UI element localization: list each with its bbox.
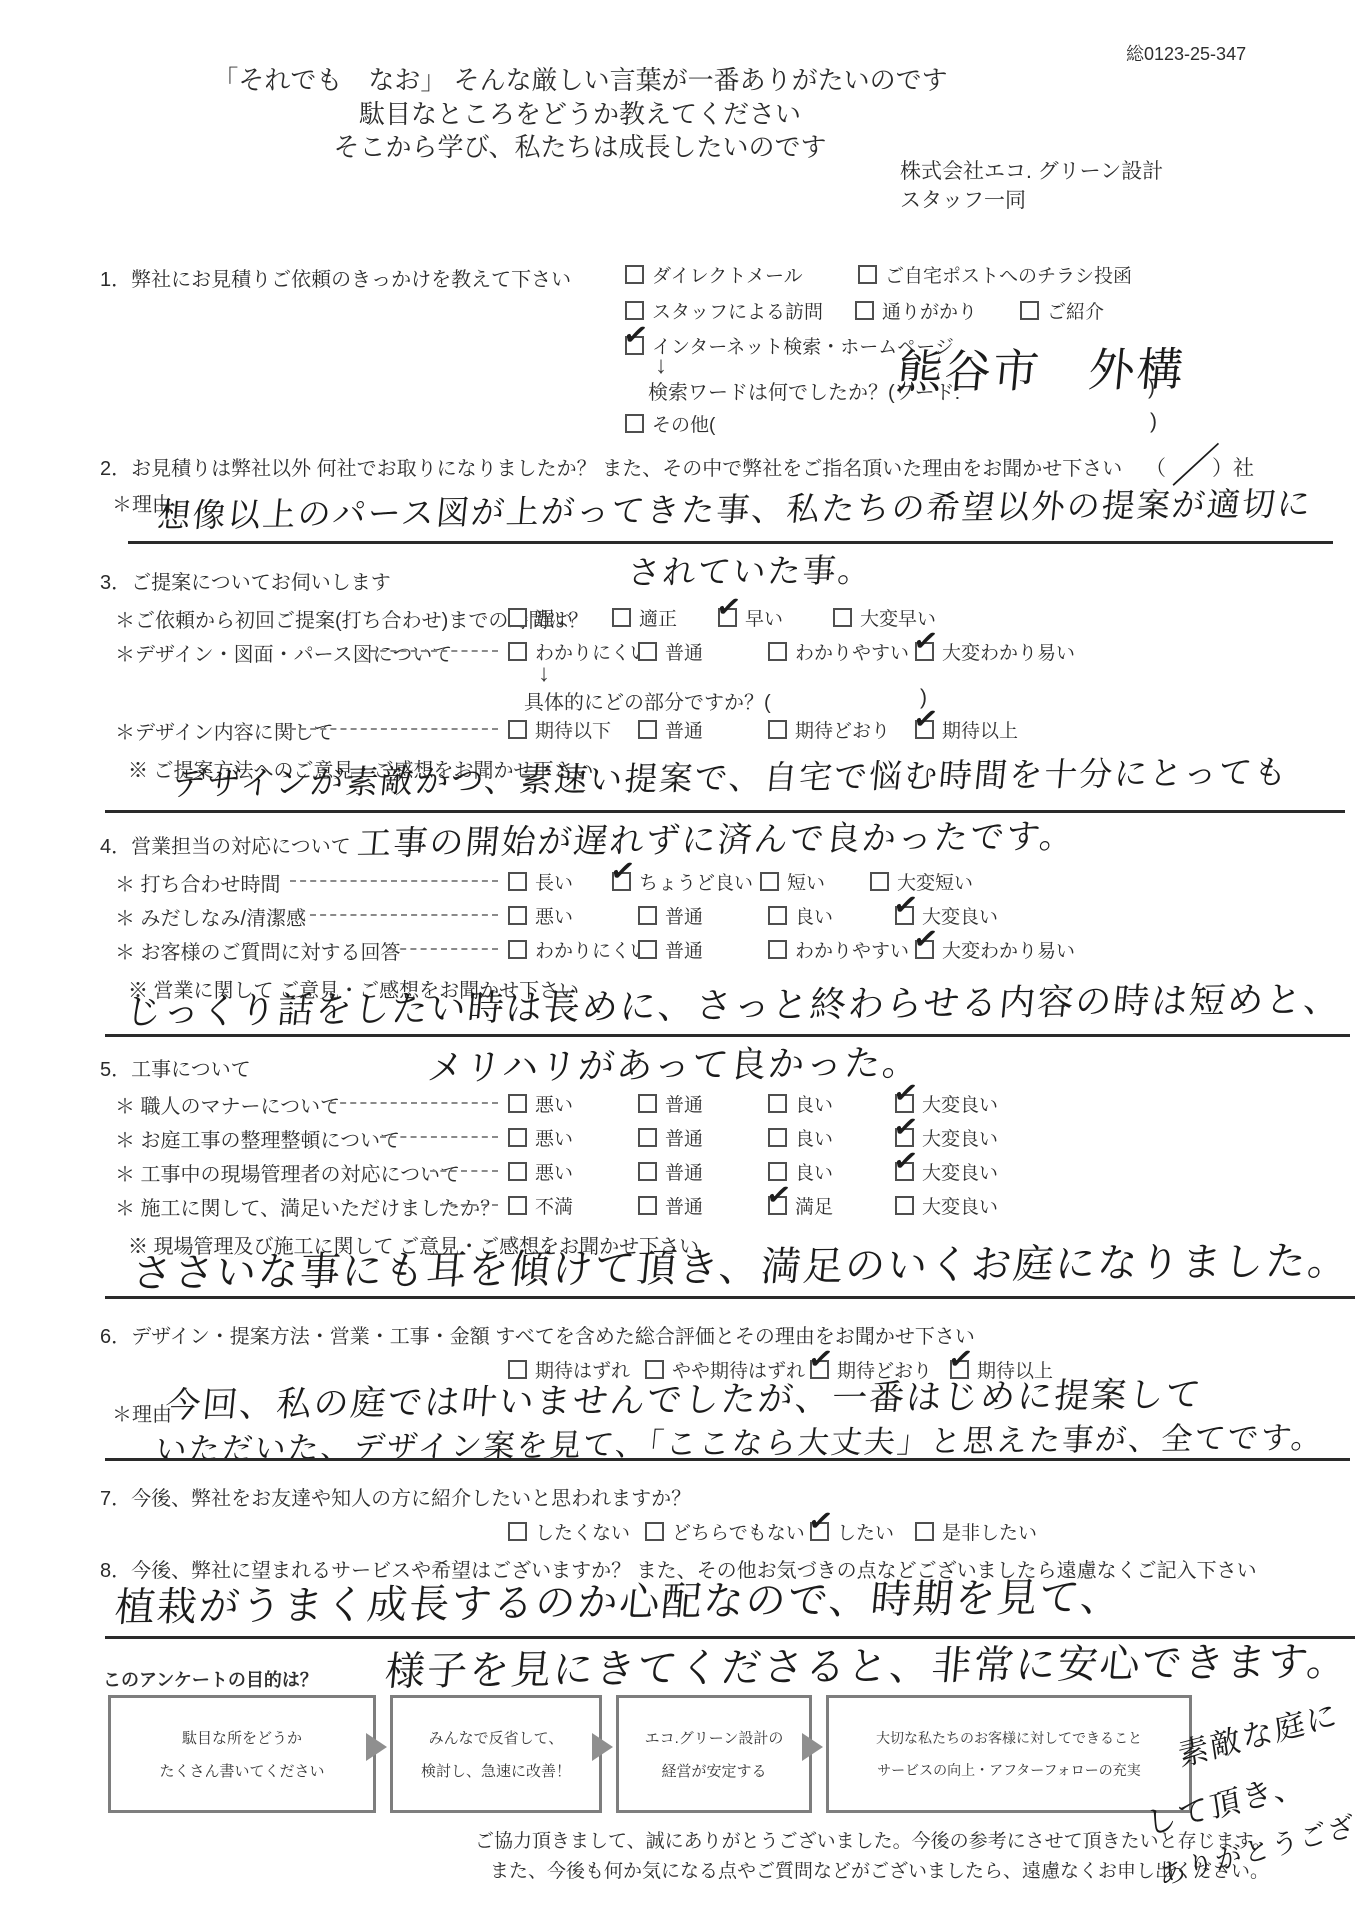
option-label: その他( (652, 410, 715, 437)
q1-options-row1: ダイレクトメール ご自宅ポストへのチラシ投函 (0, 261, 1357, 293)
checkbox-icon[interactable] (895, 1162, 914, 1181)
checkbox-icon[interactable] (508, 1128, 527, 1147)
q3-row-drawings: ＊デザイン・図面・パース図について わかりにくい 普通 わかりやすい 大変わかり… (0, 638, 1357, 670)
option-label: ちょうど良い (639, 868, 753, 895)
checkbox-icon[interactable] (638, 940, 657, 959)
row-label: ＊デザイン内容に関して (115, 716, 334, 745)
option-label: ダイレクトメール (652, 261, 803, 288)
option[interactable]: 大変わかり易い (915, 936, 1075, 963)
option[interactable]: 普通 (638, 1124, 703, 1151)
option-label: 大変良い (922, 1124, 998, 1151)
right-arrow-icon (802, 1733, 823, 1761)
q4-comment-line2: メリハリがあって良かった。 (425, 1035, 923, 1091)
q4-title: 4．営業担当の対応について (100, 830, 351, 859)
option[interactable]: 長い (508, 868, 573, 895)
checkbox-icon[interactable] (638, 1162, 657, 1181)
right-arrow-icon (592, 1733, 613, 1761)
checkbox-icon[interactable] (508, 642, 527, 661)
q4-row-grooming: ＊ みだしなみ/清潔感 悪い 普通 良い 大変良い (0, 902, 1357, 934)
company-name: 株式会社エコ. グリーン設計 (900, 155, 1163, 185)
option[interactable]: 普通 (638, 1192, 703, 1219)
q1-other-close-paren: ) (1150, 410, 1157, 434)
option-label: 良い (795, 1158, 833, 1185)
checkbox-icon[interactable] (915, 642, 934, 661)
checkbox-icon[interactable] (638, 1094, 657, 1113)
option[interactable]: 満足 (768, 1192, 833, 1219)
checkbox-icon[interactable] (508, 1162, 527, 1181)
dotted-leader (390, 948, 498, 950)
option[interactable]: 大変良い (895, 1192, 998, 1219)
checkbox-icon[interactable] (915, 720, 934, 739)
option-label: 普通 (665, 1192, 703, 1219)
checkbox-icon[interactable] (768, 1094, 787, 1113)
option-label: 悪い (535, 902, 573, 929)
q3-detail-label: 具体的にどの部分ですか？( (524, 686, 771, 715)
checkbox-icon[interactable] (810, 1522, 829, 1541)
option[interactable]: 大変短い (870, 868, 973, 895)
q1-search-close-paren: ) (1148, 376, 1155, 400)
option[interactable]: 悪い (508, 902, 573, 929)
q5-row-manner: ＊ 職人のマナーについて 悪い 普通 良い 大変良い (0, 1090, 1357, 1122)
purpose-label: このアンケートの目的は？ (103, 1666, 318, 1692)
option-label: 大変わかり易い (942, 638, 1075, 665)
option-label: 良い (795, 902, 833, 929)
option[interactable]: 大変良い (895, 1158, 998, 1185)
option-label: 良い (795, 1090, 833, 1117)
option-label: 悪い (535, 1158, 573, 1185)
checkbox-icon[interactable] (768, 1128, 787, 1147)
purpose-box-line: エコ.グリーン設計の (645, 1727, 784, 1748)
dotted-leader (310, 914, 498, 916)
option[interactable]: 大変わかり易い (915, 638, 1075, 665)
option[interactable]: 不満 (508, 1192, 573, 1219)
dotted-leader (440, 1204, 498, 1206)
row-label: ＊ 工事中の現場管理者の対応について (115, 1158, 460, 1187)
purpose-box-line: 駄目な所をどうか (182, 1727, 302, 1748)
q3-title: 3．ご提案についてお伺いします (100, 566, 391, 595)
q2-paren-open: （ (1145, 452, 1166, 482)
q5-row-site-manager: ＊ 工事中の現場管理者の対応について 悪い 普通 良い 大変良い (0, 1158, 1357, 1190)
checkbox-icon[interactable] (915, 940, 934, 959)
down-arrow-icon: ↓ (538, 660, 550, 688)
option[interactable]: 普通 (638, 902, 703, 929)
option[interactable]: 悪い (508, 1158, 573, 1185)
option-label: 適正 (639, 604, 677, 631)
option-label: 普通 (665, 716, 703, 743)
option[interactable]: わかりにくい (508, 638, 649, 665)
option-label: 通りがかり (882, 297, 977, 324)
q5-title: 5．工事について (100, 1053, 251, 1082)
checkbox-icon[interactable] (858, 265, 877, 284)
checkbox-icon[interactable] (768, 906, 787, 925)
q2-answer-line1: 想像以上のパース図が上がってきた事、私たちの希望以外の提案が適切に (156, 478, 1315, 537)
option-label: 普通 (665, 1090, 703, 1117)
checkbox-icon[interactable] (612, 872, 631, 891)
q1-search-word-value: 熊谷市 外構 (894, 333, 1189, 402)
checkbox-icon[interactable] (645, 1522, 664, 1541)
right-arrow-icon (366, 1733, 387, 1761)
option[interactable]: 短い (760, 868, 825, 895)
option[interactable]: したい (810, 1518, 894, 1545)
option[interactable]: 普通 (638, 1090, 703, 1117)
checkbox-icon[interactable] (508, 1522, 527, 1541)
option-other[interactable]: その他( (625, 410, 715, 437)
checkbox-icon[interactable] (768, 940, 787, 959)
option-label: 早い (745, 604, 783, 631)
option[interactable]: 是非したい (915, 1518, 1037, 1545)
q3-row-design-content: ＊デザイン内容に関して 期待以下 普通 期待どおり 期待以上 (0, 716, 1357, 748)
purpose-box-1: 駄目な所をどうか たくさん書いてください (108, 1695, 376, 1813)
q5-row-tidiness: ＊ お庭工事の整理整頓について 悪い 普通 良い 大変良い (0, 1124, 1357, 1156)
option[interactable]: 期待どおり (768, 716, 890, 743)
option-label: 良い (795, 1124, 833, 1151)
option[interactable]: わかりやすい (768, 936, 909, 963)
q4-row-question-answers: ＊ お客様のご質問に対する回答 わかりにくい 普通 わかりやすい 大変わかり易い (0, 936, 1357, 968)
checkbox-icon[interactable] (508, 906, 527, 925)
row-label: ＊ みだしなみ/清潔感 (115, 902, 306, 931)
option[interactable]: 期待以下 (508, 716, 611, 743)
option-label: 大変良い (922, 1158, 998, 1185)
option-label: 不満 (535, 1192, 573, 1219)
option-label: わかりやすい (795, 638, 909, 665)
option[interactable]: わかりにくい (508, 936, 649, 963)
checkbox-icon[interactable] (638, 1128, 657, 1147)
answer-underline (128, 541, 1333, 544)
option[interactable]: したくない (508, 1518, 630, 1545)
q2-paren-close: ）社 (1212, 452, 1254, 482)
option-label: 普通 (665, 936, 703, 963)
option[interactable]: 早い (718, 604, 783, 631)
checkbox-icon[interactable] (855, 301, 874, 320)
row-label: ＊デザイン・図面・パース図について (115, 638, 452, 667)
option[interactable]: 良い (768, 1090, 833, 1117)
option[interactable]: 良い (768, 902, 833, 929)
dotted-leader (290, 728, 498, 730)
q5-comment-line1: ささいな事にも耳を傾けて頂き、満足のいくお庭になりました。 (130, 1229, 1353, 1299)
checkbox-icon[interactable] (870, 872, 889, 891)
option[interactable]: 遅い (508, 604, 573, 631)
company-staff: スタッフ一同 (900, 184, 1026, 214)
option-label: どちらでもない (672, 1518, 805, 1545)
option-flyer[interactable]: ご自宅ポストへのチラシ投函 (858, 261, 1132, 288)
row-label: ＊ お客様のご質問に対する回答 (115, 936, 401, 965)
purpose-box-line: 経営が安定する (661, 1760, 766, 1781)
option[interactable]: 大変良い (895, 902, 998, 929)
option[interactable]: わかりやすい (768, 638, 909, 665)
checkbox-icon[interactable] (625, 336, 644, 355)
checkbox-icon[interactable] (768, 1196, 787, 1215)
checkbox-icon[interactable] (1020, 301, 1039, 320)
option[interactable]: 普通 (638, 716, 703, 743)
footer-line2: また、今後も何か気になる点やご質問などがございましたら、遠慮なくお申し出ください… (490, 1856, 1269, 1883)
checkbox-icon[interactable] (508, 1196, 527, 1215)
checkbox-icon[interactable] (768, 642, 787, 661)
q8-answer-line2: 様子を見にきてくださると、非常に安心できます。 (383, 1630, 1352, 1697)
option-label: スタッフによる訪問 (652, 297, 823, 324)
header-line3: そこから学び、私たちは成長したいのです (150, 127, 1010, 164)
q2-title: 2．お見積りは弊社以外 何社でお取りになりましたか？ また、その中で弊社をご指名… (100, 452, 1122, 481)
q1-other-row: その他( ) (0, 410, 1357, 442)
purpose-box-2: みんなで反省して、 検討し、急速に改善！ (390, 1695, 602, 1813)
q1-options-row2: スタッフによる訪問 通りがかり ご紹介 (0, 297, 1357, 329)
q3-comment-line2: 工事の開始が遅れずに済んで良かったです。 (355, 808, 1078, 865)
checkbox-icon[interactable] (718, 608, 737, 627)
option-label: 普通 (665, 902, 703, 929)
row-label: ＊ 打ち合わせ時間 (115, 868, 281, 897)
option-label: 普通 (665, 638, 703, 665)
option-label: 長い (535, 868, 573, 895)
option-label: したくない (535, 1518, 630, 1545)
purpose-box-line: サービスの向上・アフターフォローの充実 (877, 1760, 1141, 1780)
option-label: ご自宅ポストへのチラシ投函 (885, 261, 1132, 288)
purpose-box-line: 検討し、急速に改善！ (421, 1760, 571, 1781)
q5-row-satisfaction: ＊ 施工に関して、満足いただけましたか？ 不満 普通 満足 大変良い (0, 1192, 1357, 1224)
option-label: 是非したい (942, 1518, 1037, 1545)
option-label: 遅い (535, 604, 573, 631)
checkbox-icon[interactable] (638, 720, 657, 739)
checkbox-icon[interactable] (760, 872, 779, 891)
option-referral[interactable]: ご紹介 (1020, 297, 1104, 324)
checkbox-icon[interactable] (508, 940, 527, 959)
q4-row-meeting-time: ＊ 打ち合わせ時間 長い ちょうど良い 短い 大変短い (0, 868, 1357, 900)
checkbox-icon[interactable] (508, 720, 527, 739)
checkbox-icon[interactable] (625, 414, 644, 433)
checkbox-icon[interactable] (895, 1196, 914, 1215)
checkbox-icon[interactable] (833, 608, 852, 627)
option[interactable]: 期待以上 (915, 716, 1018, 743)
q7-options-row: したくない どちらでもない したい 是非したい (0, 1518, 1357, 1550)
q3-row-timing: ＊ご依頼から初回ご提案(打ち合わせ)までの時間は？ 遅い 適正 早い 大変早い (0, 604, 1357, 636)
option-label: 期待どおり (795, 716, 890, 743)
answer-underline (105, 1296, 1355, 1299)
option-label: 期待以下 (535, 716, 611, 743)
option-label: わかりにくい (535, 638, 649, 665)
option[interactable]: 悪い (508, 1090, 573, 1117)
dotted-leader (370, 650, 498, 652)
option-direct-mail[interactable]: ダイレクトメール (625, 261, 803, 288)
handwritten-thank-you-note: 素敵な庭に して頂き、 ありがとうございました！ (1128, 1658, 1357, 1893)
option-label: わかりやすい (795, 936, 909, 963)
row-label: ＊ お庭工事の整理整頓について (115, 1124, 400, 1153)
option-label: ご紹介 (1047, 297, 1104, 324)
option-label: 普通 (665, 1124, 703, 1151)
checkbox-icon[interactable] (638, 1196, 657, 1215)
purpose-box-line: 大切な私たちのお客様に対してできること (876, 1728, 1142, 1748)
checkbox-icon[interactable] (638, 642, 657, 661)
option-label: 満足 (795, 1192, 833, 1219)
checkbox-icon[interactable] (508, 608, 527, 627)
checkbox-icon[interactable] (768, 720, 787, 739)
dotted-leader (290, 880, 498, 882)
option[interactable]: 普通 (638, 1158, 703, 1185)
row-label: ＊ 職人のマナーについて (115, 1090, 340, 1119)
purpose-box-line: たくさん書いてください (159, 1760, 324, 1781)
checkbox-icon[interactable] (508, 872, 527, 891)
answer-underline (105, 1458, 1350, 1461)
option[interactable]: ちょうど良い (612, 868, 753, 895)
checkbox-icon[interactable] (508, 1094, 527, 1113)
header-line2: 駄目なところをどうか教えてください (150, 94, 1010, 131)
option[interactable]: 良い (768, 1124, 833, 1151)
option-label: したい (837, 1518, 894, 1545)
purpose-box-line: みんなで反省して、 (429, 1727, 564, 1748)
q7-title: 7．今後、弊社をお友達や知人の方に紹介したいと思われますか？ (100, 1482, 691, 1511)
option-label: 普通 (665, 1158, 703, 1185)
option-label: 悪い (535, 1124, 573, 1151)
option[interactable]: 普通 (638, 638, 703, 665)
option[interactable]: 適正 (612, 604, 677, 631)
purpose-box-3: エコ.グリーン設計の 経営が安定する (616, 1695, 812, 1813)
option-label: 大変良い (922, 1192, 998, 1219)
dotted-leader (380, 1136, 498, 1138)
option[interactable]: 悪い (508, 1124, 573, 1151)
header-line1: 「それでも なお」 そんな厳しい言葉が一番ありがたいのです (150, 60, 1010, 97)
q8-answer-line1: 植栽がうまく成長するのか心配なので、時期を見て、 (113, 1565, 1126, 1633)
q6-title: 6．デザイン・提案方法・営業・工事・金額 すべてを含めた総合評価とその理由をお聞… (100, 1320, 975, 1349)
doc-number: 総0123-25-347 (1126, 40, 1246, 66)
checkbox-icon[interactable] (895, 906, 914, 925)
option-passing-by[interactable]: 通りがかり (855, 297, 977, 324)
q2-answer-line2: されていた事。 (626, 544, 876, 594)
dotted-leader (430, 1170, 498, 1172)
option-label: 期待以上 (942, 716, 1018, 743)
checkbox-icon[interactable] (915, 1522, 934, 1541)
option-label: 大変良い (922, 1090, 998, 1117)
option[interactable]: どちらでもない (645, 1518, 805, 1545)
option-label: わかりにくい (535, 936, 649, 963)
checkbox-icon[interactable] (638, 906, 657, 925)
option-label: 短い (787, 868, 825, 895)
checkbox-icon[interactable] (625, 265, 644, 284)
option[interactable]: 普通 (638, 936, 703, 963)
option-staff-visit[interactable]: スタッフによる訪問 (625, 297, 823, 324)
option-label: 悪い (535, 1090, 573, 1117)
row-label: ＊ 施工に関して、満足いただけましたか？ (115, 1192, 500, 1221)
option-label: 大変わかり易い (942, 936, 1075, 963)
dotted-leader (330, 1102, 498, 1104)
checkbox-icon[interactable] (612, 608, 631, 627)
